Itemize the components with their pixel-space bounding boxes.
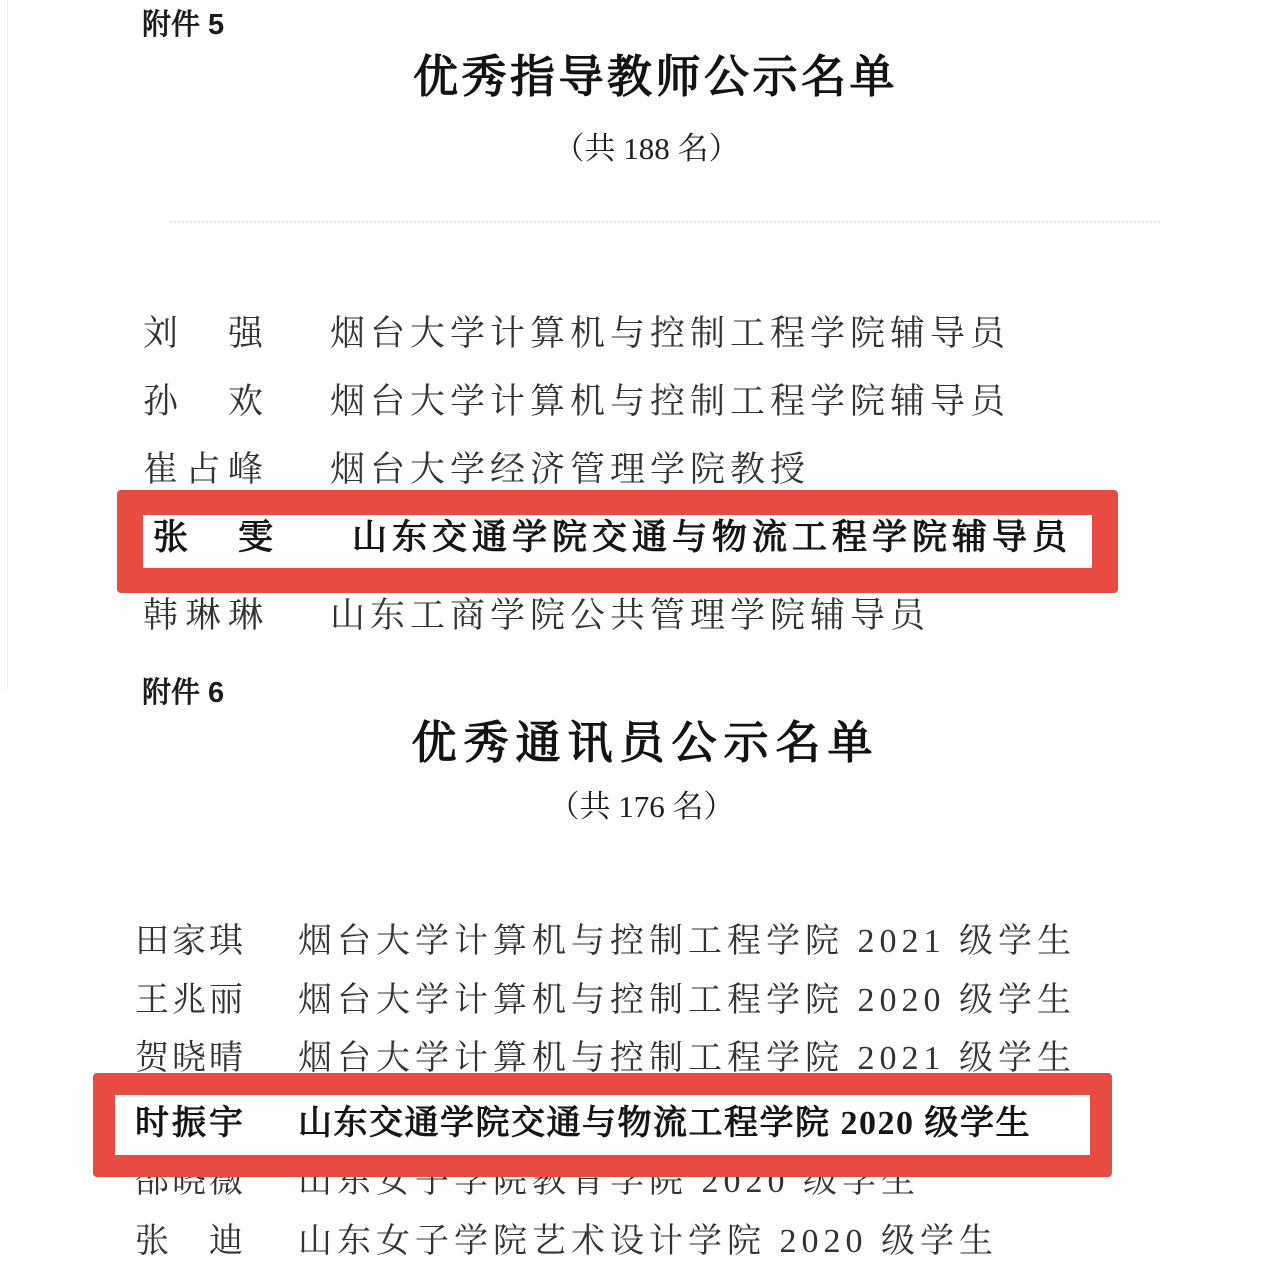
person-name: 韩琳琳 (143, 594, 263, 638)
person-affiliation: 烟台大学计算机与控制工程学院 2020 级学生 (298, 980, 1076, 1023)
highlight-box-correspondent (93, 1073, 1112, 1177)
scan-artifact-dotted-line (170, 221, 1160, 223)
list-item: 王兆丽 烟台大学计算机与控制工程学院 2020 级学生 (0, 980, 1267, 1028)
person-affiliation: 烟台大学计算机与控制工程学院 2021 级学生 (298, 921, 1076, 964)
document-page: 附件 5 优秀指导教师公示名单 （共 188 名） 刘 强 烟台大学计算机与控制… (0, 0, 1267, 1267)
list-item: 崔占峰 烟台大学经济管理学院教授 (0, 448, 1267, 496)
person-affiliation: 山东女子学院艺术设计学院 2020 级学生 (298, 1221, 998, 1264)
person-name: 张 迪 (135, 1221, 243, 1264)
attachment6-label: 附件 6 (142, 676, 224, 711)
highlight-box-teacher (117, 490, 1118, 593)
list-item: 田家琪 烟台大学计算机与控制工程学院 2021 级学生 (0, 921, 1267, 969)
attachment6-title: 优秀通讯员公示名单 (0, 718, 1267, 770)
person-name: 王兆丽 (135, 980, 243, 1023)
list-item: 孙 欢 烟台大学计算机与控制工程学院辅导员 (0, 380, 1267, 428)
person-affiliation: 烟台大学计算机与控制工程学院辅导员 (330, 312, 1010, 356)
person-affiliation: 山东工商学院公共管理学院辅导员 (330, 594, 930, 638)
attachment5-title: 优秀指导教师公示名单 (0, 52, 1267, 104)
person-affiliation: 烟台大学计算机与控制工程学院辅导员 (330, 380, 1010, 424)
person-name: 刘 强 (143, 312, 263, 356)
list-item: 韩琳琳 山东工商学院公共管理学院辅导员 (0, 594, 1267, 642)
attachment6-count: （共 176 名） (0, 788, 1267, 825)
attachment5-count: （共 188 名） (0, 130, 1267, 167)
attachment5-label: 附件 5 (142, 8, 224, 43)
person-name: 田家琪 (135, 921, 243, 964)
list-item: 张 迪 山东女子学院艺术设计学院 2020 级学生 (0, 1221, 1267, 1267)
list-item: 刘 强 烟台大学计算机与控制工程学院辅导员 (0, 312, 1267, 360)
person-name: 崔占峰 (143, 448, 263, 492)
person-affiliation: 烟台大学经济管理学院教授 (330, 448, 810, 492)
person-name: 孙 欢 (143, 380, 263, 424)
